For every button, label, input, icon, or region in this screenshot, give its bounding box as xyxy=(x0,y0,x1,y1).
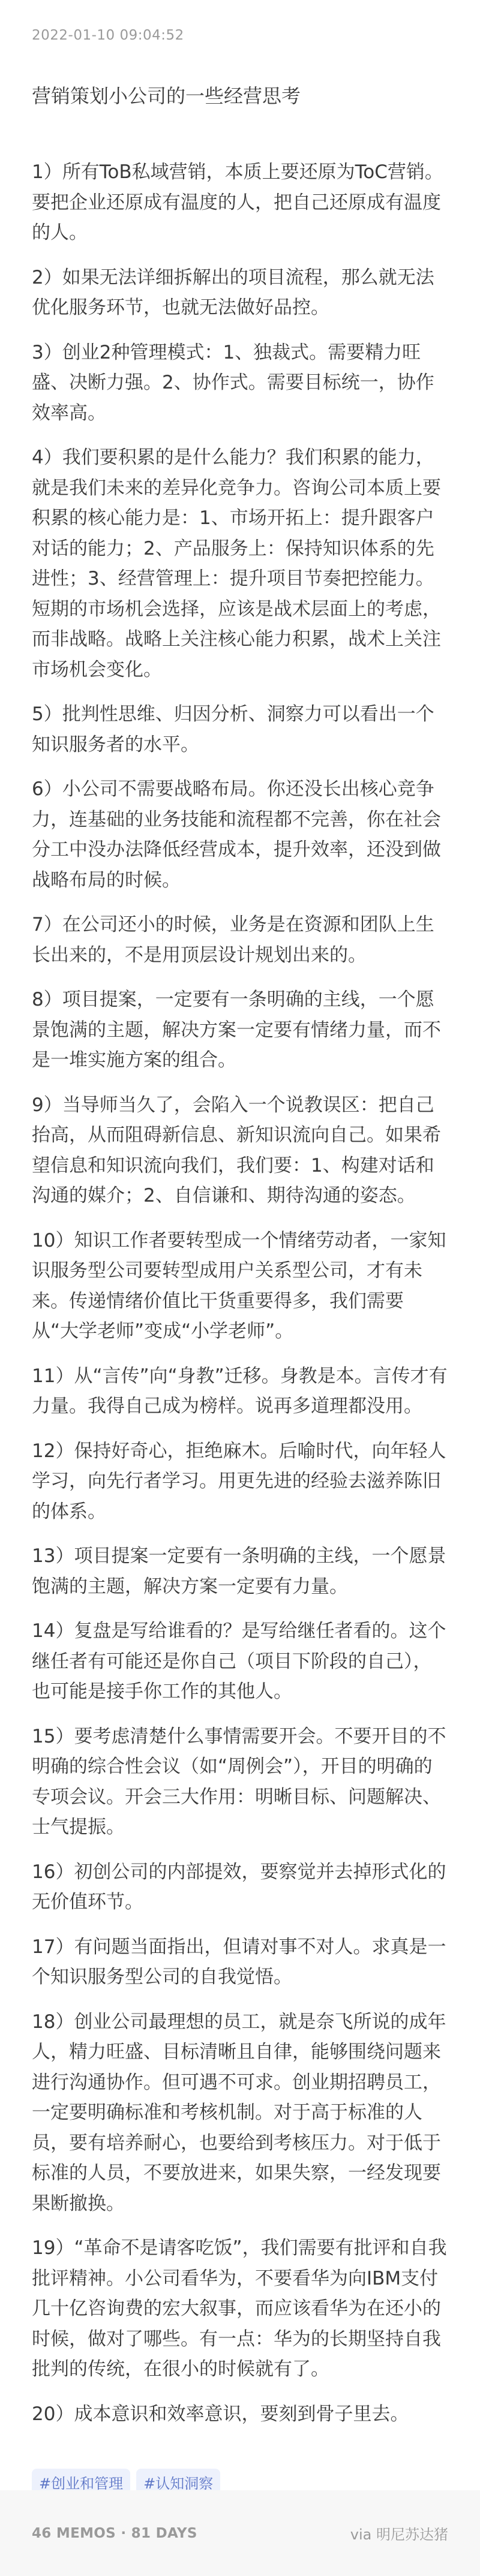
memo-stats: 46 MEMOS · 81 DAYS xyxy=(32,2526,197,2541)
memo-paragraph: 5）批判性思维、归因分析、洞察力可以看出一个知识服务者的水平。 xyxy=(32,699,448,760)
footer-bar: 46 MEMOS · 81 DAYS via 明尼苏达猪 xyxy=(0,2490,480,2576)
memo-paragraph: 2）如果无法详细拆解出的项目流程，那么就无法优化服务环节，也就无法做好品控。 xyxy=(32,263,448,323)
memo-paragraph: 11）从“言传”向“身教”迁移。身教是本。言传才有力量。我得自己成为榜样。说再多… xyxy=(32,1361,448,1422)
memo-paragraph: 3）创业2种管理模式：1、独裁式。需要精力旺盛、决断力强。2、协作式。需要目标统… xyxy=(32,338,448,429)
memo-paragraph: 13）项目提案一定要有一条明确的主线，一个愿景饱满的主题，解决方案一定要有力量。 xyxy=(32,1541,448,1602)
memo-paragraph: 14）复盘是写给谁看的？是写给继任者看的。这个继任者有可能还是你自己（项目下阶段… xyxy=(32,1616,448,1707)
memo-paragraph: 7）在公司还小的时候，业务是在资源和团队上生长出来的，不是用顶层设计规划出来的。 xyxy=(32,910,448,970)
memo-paragraph: 4）我们要积累的是什么能力？我们积累的能力，就是我们未来的差异化竞争力。咨询公司… xyxy=(32,443,448,685)
memo-paragraph: 16）初创公司的内部提效，要察觉并去掉形式化的无价值环节。 xyxy=(32,1857,448,1918)
memo-paragraph: 15）要考虑清楚什么事情需要开会。不要开目的不明确的综合性会议（如“周例会”），… xyxy=(32,1722,448,1843)
memo-paragraph: 9）当导师当久了，会陷入一个说教误区：把自己抬高，从而阻碍新信息、新知识流向自己… xyxy=(32,1090,448,1211)
memo-timestamp: 2022-01-10 09:04:52 xyxy=(32,26,448,44)
memo-paragraph: 12）保持好奇心，拒绝麻木。后喻时代，向年轻人学习，向先行者学习。用更先进的经验… xyxy=(32,1436,448,1527)
memo-card: 2022-01-10 09:04:52 营销策划小公司的一些经营思考 1）所有T… xyxy=(0,0,480,2490)
memo-paragraph: 10）知识工作者要转型成一个情绪劳动者，一家知识服务型公司要转型成用户关系型公司… xyxy=(32,1226,448,1347)
memo-paragraph: 6）小公司不需要战略布局。你还没长出核心竞争力，连基础的业务技能和流程都不完善，… xyxy=(32,774,448,895)
memo-paragraph: 1）所有ToB私域营销，本质上要还原为ToC营销。要把企业还原成有温度的人，把自… xyxy=(32,157,448,248)
memo-paragraph: 18）创业公司最理想的员工，就是奈飞所说的成年人，精力旺盛、目标清晰且自律，能够… xyxy=(32,2007,448,2219)
memo-body: 1）所有ToB私域营销，本质上要还原为ToC营销。要把企业还原成有温度的人，把自… xyxy=(32,157,448,2429)
author-attribution: via 明尼苏达猪 xyxy=(350,2523,448,2544)
memo-paragraph: 8）项目提案，一定要有一条明确的主线，一个愿景饱满的主题，解决方案一定要有情绪力… xyxy=(32,985,448,1076)
memo-paragraph: 19）“革命不是请客吃饭”，我们需要有批评和自我批评精神。小公司看华为，不要看华… xyxy=(32,2233,448,2385)
memo-title: 营销策划小公司的一些经营思考 xyxy=(32,83,448,109)
memo-paragraph: 17）有问题当面指出，但请对事不对人。求真是一个知识服务型公司的自我觉悟。 xyxy=(32,1932,448,1993)
memo-paragraph: 20）成本意识和效率意识，要刻到骨子里去。 xyxy=(32,2399,448,2430)
